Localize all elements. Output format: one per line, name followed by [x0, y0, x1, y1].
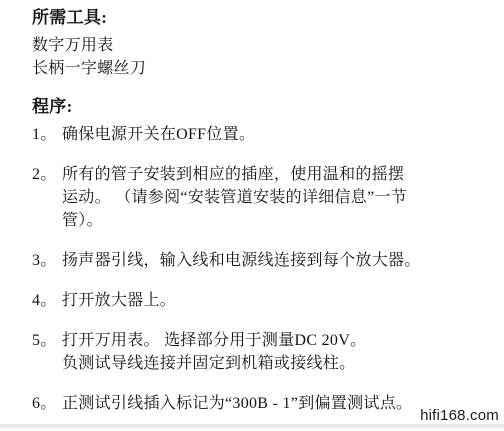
tools-list: 数字万用表 长柄一字螺丝刀 — [32, 34, 486, 80]
step-text: 打开万用表。 选择部分用于测量DC 20V。 负测试导线连接并固定到机箱或接线柱… — [62, 329, 486, 375]
step-item-4: 4。 打开放大器上。 — [32, 289, 486, 312]
step-item-3: 3。 扬声器引线，输入线和电源线连接到每个放大器。 — [32, 249, 486, 272]
step-text-line: 扬声器引线，输入线和电源线连接到每个放大器。 — [62, 249, 486, 272]
step-number: 5。 — [32, 329, 62, 375]
watermark-text: hifi168.com — [420, 407, 499, 424]
tool-item-screwdriver: 长柄一字螺丝刀 — [32, 57, 486, 80]
step-text-line: 管）。 — [62, 209, 486, 232]
step-item-1: 1。 确保电源开关在OFF位置。 — [32, 123, 486, 146]
step-text-line: 负测试导线连接并固定到机箱或接线柱。 — [62, 352, 486, 375]
step-number: 2。 — [32, 163, 62, 232]
step-text-line: 运动。 （请参阅“安装管道安装的详细信息”一节 — [62, 186, 486, 209]
step-number: 1。 — [32, 123, 62, 146]
step-item-5: 5。 打开万用表。 选择部分用于测量DC 20V。 负测试导线连接并固定到机箱或… — [32, 329, 486, 375]
step-text: 打开放大器上。 — [62, 289, 486, 312]
step-text: 所有的管子安装到相应的插座，使用温和的摇摆 运动。 （请参阅“安装管道安装的详细… — [62, 163, 486, 232]
procedure-heading: 程序: — [32, 97, 486, 117]
step-number: 4。 — [32, 289, 62, 312]
step-text-line: 所有的管子安装到相应的插座，使用温和的摇摆 — [62, 163, 486, 186]
bottom-edge-strip — [0, 424, 504, 428]
step-text-line: 确保电源开关在OFF位置。 — [62, 123, 486, 146]
step-item-2: 2。 所有的管子安装到相应的插座，使用温和的摇摆 运动。 （请参阅“安装管道安装… — [32, 163, 486, 232]
step-item-6: 6。 正测试引线插入标记为“300B - 1”到偏置测试点。 — [32, 392, 486, 415]
tools-heading: 所需工具: — [32, 8, 486, 28]
step-text-line: 打开放大器上。 — [62, 289, 486, 312]
step-text-line: 打开万用表。 选择部分用于测量DC 20V。 — [62, 329, 486, 352]
step-text: 扬声器引线，输入线和电源线连接到每个放大器。 — [62, 249, 486, 272]
step-number: 6。 — [32, 392, 62, 415]
document-page: 所需工具: 数字万用表 长柄一字螺丝刀 程序: 1。 确保电源开关在OFF位置。… — [0, 0, 504, 431]
step-number: 3。 — [32, 249, 62, 272]
step-text: 确保电源开关在OFF位置。 — [62, 123, 486, 146]
tool-item-multimeter: 数字万用表 — [32, 34, 486, 57]
document-content: 所需工具: 数字万用表 长柄一字螺丝刀 程序: 1。 确保电源开关在OFF位置。… — [0, 0, 504, 415]
procedure-steps: 1。 确保电源开关在OFF位置。 2。 所有的管子安装到相应的插座，使用温和的摇… — [32, 123, 486, 415]
